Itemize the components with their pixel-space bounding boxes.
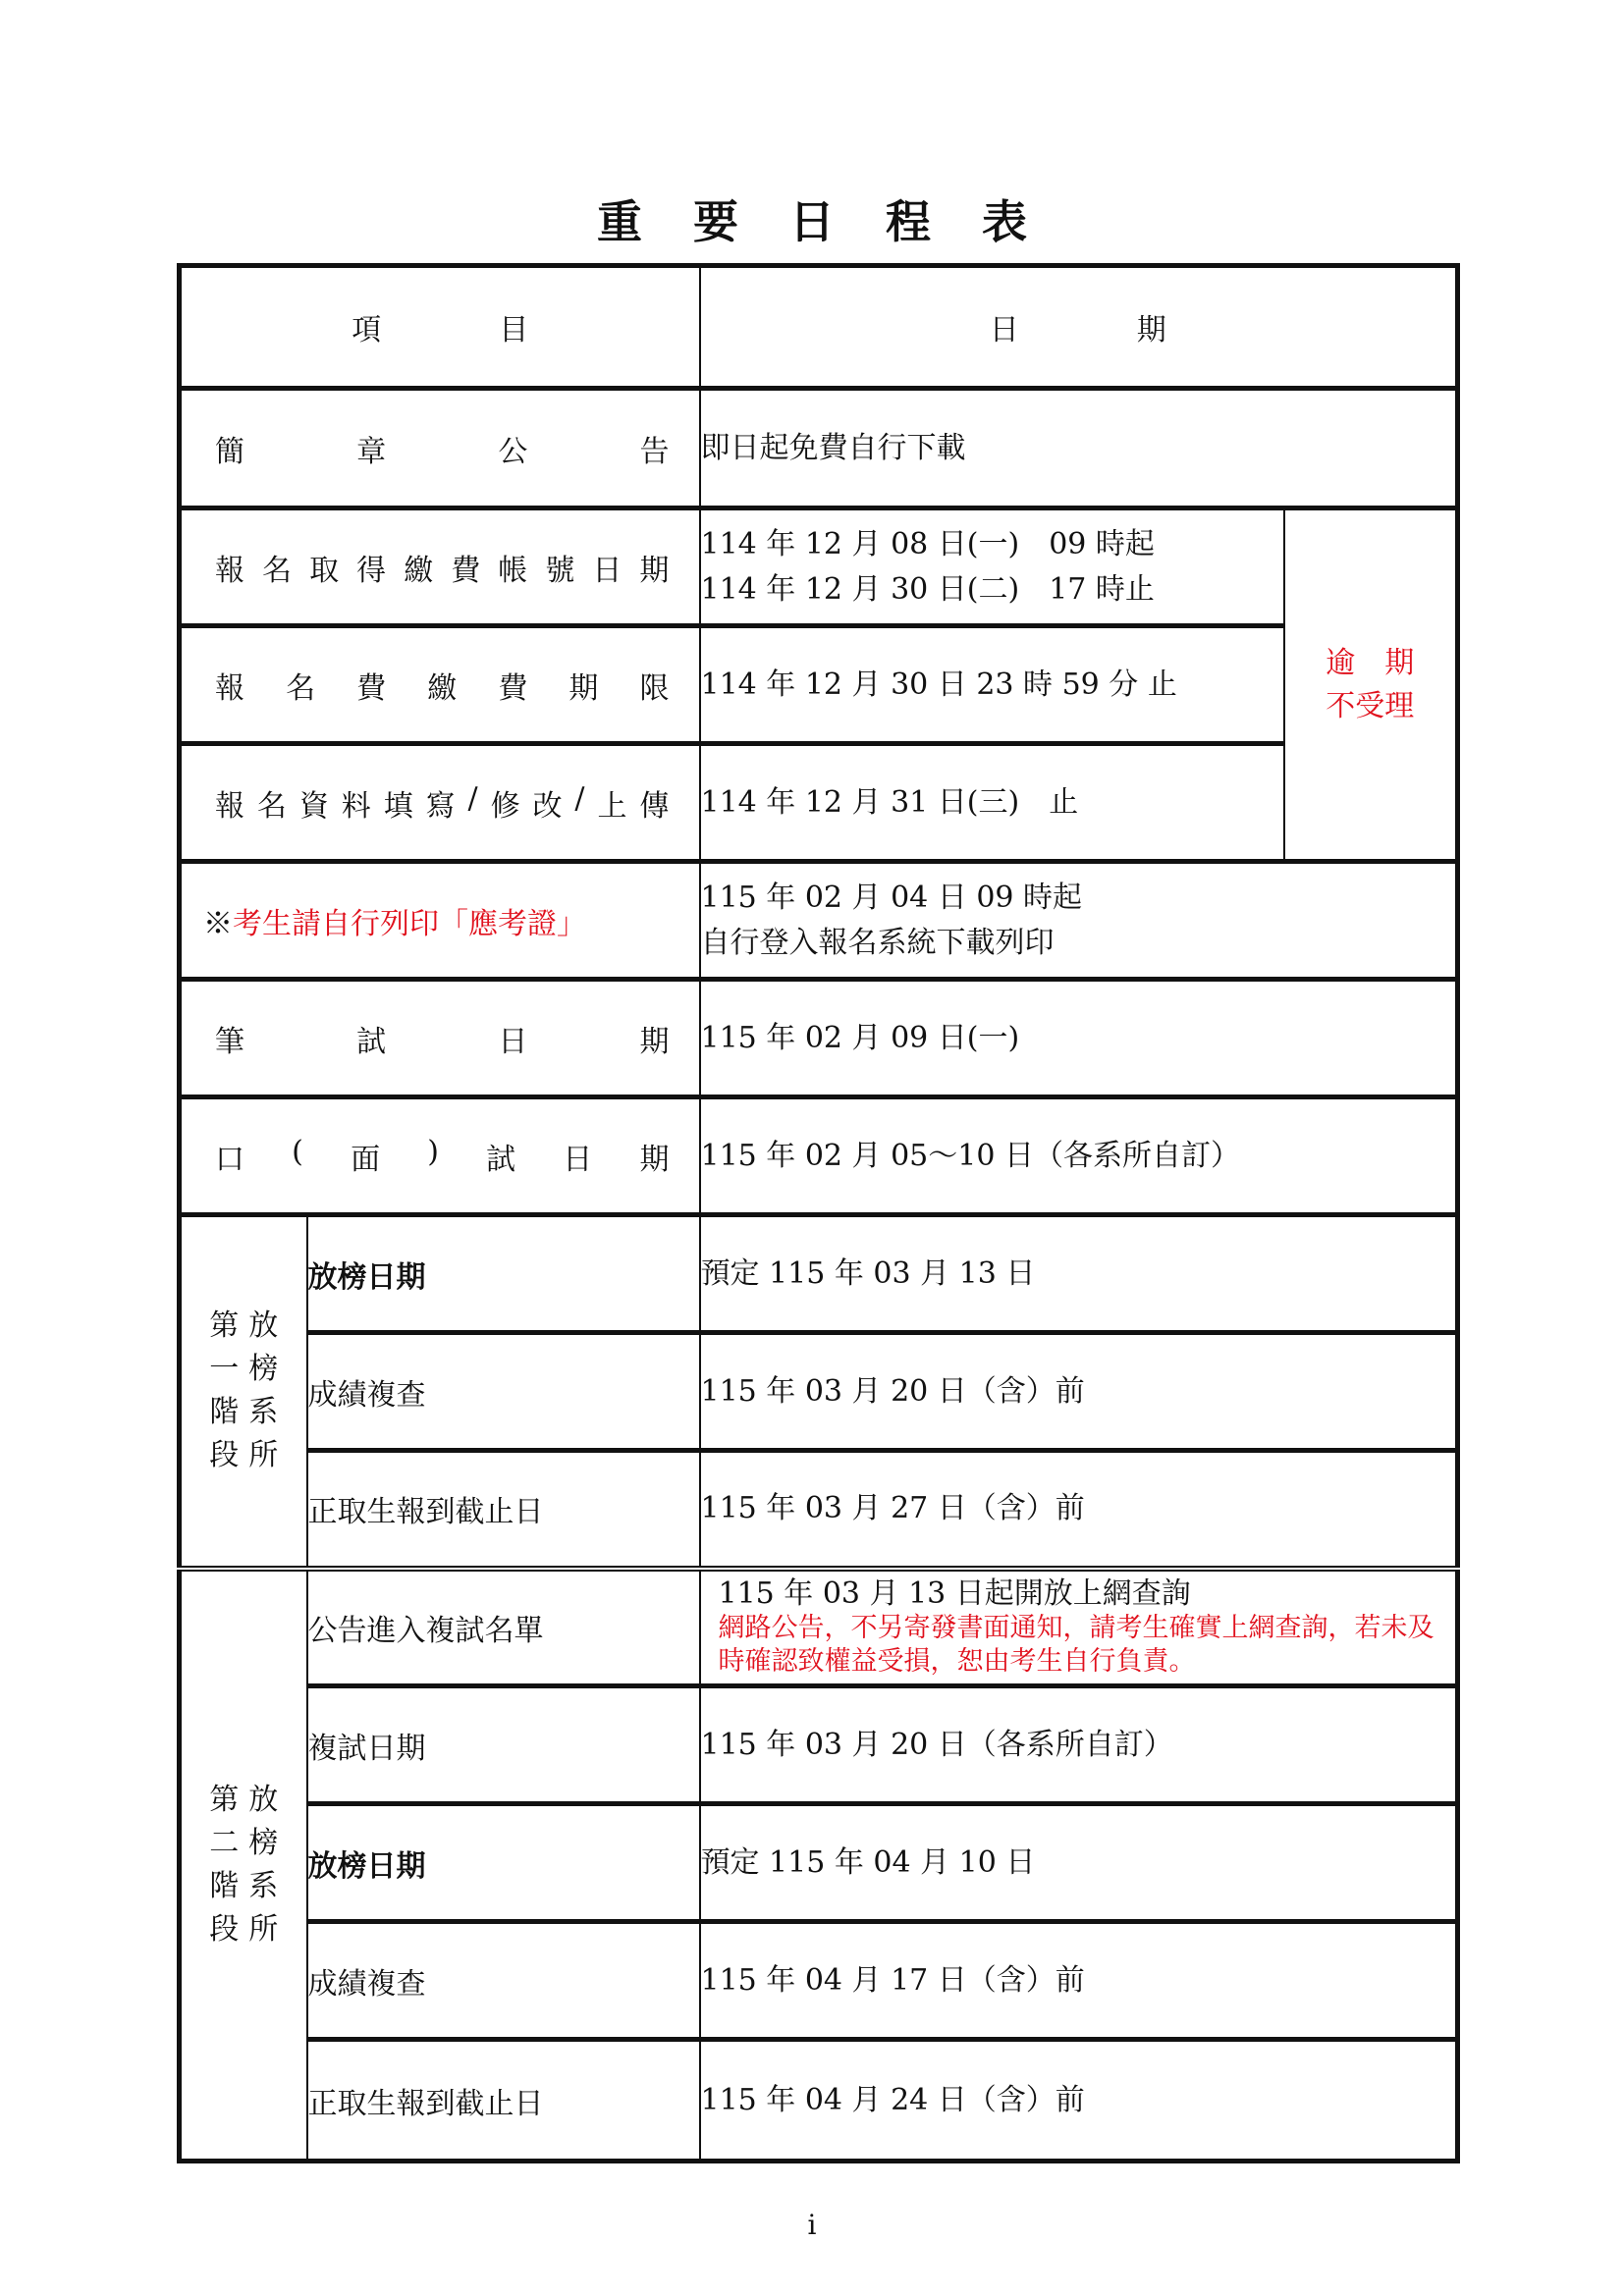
table-header-row: 項 目 日 期 <box>180 266 1458 389</box>
group-char: 階 <box>209 1391 239 1434</box>
stage2-row: 第二階段放榜系所 公告進入複試名單 115 年 03 月 13 日起開放上網查詢… <box>180 1569 1458 1686</box>
label-char: 名 <box>257 781 287 825</box>
label-char: 填 <box>384 781 413 825</box>
online-notice: 網路公告，不另寄發書面通知，請考生確實上網查詢，若未及時確認致權益受損，恕由考生… <box>719 1612 1456 1679</box>
label-char: 料 <box>342 781 371 825</box>
label-char: 告 <box>639 427 669 470</box>
label-char: 章 <box>356 427 386 470</box>
value-line: 115 年 02 月 04 日 09 時起 <box>701 876 1456 921</box>
label-char: 傳 <box>639 781 669 825</box>
group-char: 系 <box>248 1865 278 1908</box>
page-title: 重要日程表 <box>0 187 1624 251</box>
header-item-label: 項 目 <box>352 305 528 348</box>
table-row: 簡章公告 即日起免費自行下載 <box>180 389 1458 508</box>
table-row: 口(面)試日期 115 年 02 月 05～10 日（各系所自訂） <box>180 1097 1458 1215</box>
label-char: 期 <box>568 664 598 707</box>
page-number: i <box>0 2209 1624 2241</box>
stage2-value: 115 年 03 月 13 日起開放上網查詢 網路公告，不另寄發書面通知，請考生… <box>700 1569 1458 1686</box>
value-line: 自行登入報名系統下載列印 <box>701 921 1456 966</box>
value-line: 115 年 03 月 13 日起開放上網查詢 <box>719 1576 1456 1612</box>
overdue-line: 逾 期 <box>1285 642 1456 685</box>
row-value: 115 年 02 月 04 日 09 時起 自行登入報名系統下載列印 <box>700 862 1458 980</box>
group-char: 榜 <box>248 1348 278 1391</box>
stage2-label: 複試日期 <box>307 1686 700 1804</box>
stage2-row: 複試日期 115 年 03 月 20 日（各系所自訂） <box>180 1686 1458 1804</box>
group-char: 階 <box>209 1865 239 1908</box>
stage2-label: 正取生報到截止日 <box>307 2040 700 2162</box>
admission-ticket-note: 考生請自行列印「應考證」 <box>233 907 586 941</box>
label-char: 費 <box>356 664 386 707</box>
stage1-group-label: 第一階段放榜系所 <box>180 1215 307 1569</box>
label-char: 日 <box>498 1017 527 1060</box>
label-char: 日 <box>563 1135 592 1178</box>
row-label: 簡章公告 <box>180 389 700 508</box>
label-char: 費 <box>498 664 527 707</box>
label-char: 期 <box>639 546 669 589</box>
label-char: 得 <box>356 546 386 589</box>
table-row: ※考生請自行列印「應考證」 115 年 02 月 04 日 09 時起 自行登入… <box>180 862 1458 980</box>
row-label: 口(面)試日期 <box>180 1097 700 1215</box>
group-char: 二 <box>209 1822 239 1865</box>
label-char: 寫 <box>426 781 456 825</box>
stage2-label: 放榜日期 <box>307 1804 700 1922</box>
label-char: / <box>574 781 584 825</box>
stage1-label: 成績複查 <box>307 1333 700 1451</box>
stage1-value: 115 年 03 月 27 日（含）前 <box>700 1451 1458 1569</box>
row-label: ※考生請自行列印「應考證」 <box>180 862 700 980</box>
row-label: 報名資料填寫/修改/上傳 <box>180 744 700 862</box>
label-char: ( <box>292 1135 303 1178</box>
stage2-value: 115 年 04 月 24 日（含）前 <box>700 2040 1458 2162</box>
group-char: 所 <box>248 1908 278 1951</box>
label-char: 修 <box>491 781 520 825</box>
header-date-label: 日 期 <box>990 305 1166 348</box>
header-date: 日 期 <box>700 266 1458 389</box>
label-char: 帳 <box>498 546 527 589</box>
label-char: 口 <box>215 1135 244 1178</box>
label-char: 繳 <box>427 664 457 707</box>
schedule-table: 項 目 日 期 簡章公告 即日起免費自行下載 報名取得繳費帳號日期 114 年 … <box>177 263 1460 2163</box>
group-char: 一 <box>209 1348 239 1391</box>
label-char: 報 <box>215 546 244 589</box>
stage2-label: 公告進入複試名單 <box>307 1569 700 1686</box>
overdue-line: 不受理 <box>1285 685 1456 728</box>
group-char: 所 <box>248 1434 278 1477</box>
table-row: 筆試日期 115 年 02 月 09 日(一) <box>180 980 1458 1097</box>
label-char: 名 <box>286 664 315 707</box>
label-char: 日 <box>592 546 622 589</box>
row-label: 報名費繳費期限 <box>180 626 700 744</box>
label-char: / <box>468 781 478 825</box>
group-char: 第 <box>209 1305 239 1348</box>
label-char: ) <box>427 1135 439 1178</box>
stage2-value: 115 年 04 月 17 日（含）前 <box>700 1922 1458 2040</box>
group-char: 段 <box>209 1434 239 1477</box>
label-char: 試 <box>486 1135 515 1178</box>
group-char: 系 <box>248 1391 278 1434</box>
label-char: 資 <box>299 781 329 825</box>
stage2-value: 預定 115 年 04 月 10 日 <box>700 1804 1458 1922</box>
label-char: 報 <box>215 664 244 707</box>
label-char: 改 <box>532 781 562 825</box>
stage1-label: 正取生報到截止日 <box>307 1451 700 1569</box>
stage2-row: 放榜日期 預定 115 年 04 月 10 日 <box>180 1804 1458 1922</box>
stage1-row: 成績複查 115 年 03 月 20 日（含）前 <box>180 1333 1458 1451</box>
value-line: 114 年 12 月 08 日(一) 09 時起 <box>701 522 1283 567</box>
label-char: 公 <box>498 427 527 470</box>
row-label: 報名取得繳費帳號日期 <box>180 508 700 626</box>
stage1-value: 115 年 03 月 20 日（含）前 <box>700 1333 1458 1451</box>
label-char: 試 <box>356 1017 386 1060</box>
row-value: 115 年 02 月 09 日(一) <box>700 980 1458 1097</box>
table-row: 報名費繳費期限 114 年 12 月 30 日 23 時 59 分 止 <box>180 626 1458 744</box>
table-row: 報名取得繳費帳號日期 114 年 12 月 08 日(一) 09 時起 114 … <box>180 508 1458 626</box>
header-item: 項 目 <box>180 266 700 389</box>
overdue-note: 逾 期 不受理 <box>1284 508 1458 862</box>
label-char: 簡 <box>215 427 244 470</box>
row-value: 114 年 12 月 08 日(一) 09 時起 114 年 12 月 30 日… <box>700 508 1284 626</box>
group-char: 放 <box>248 1305 278 1348</box>
stage2-row: 成績複查 115 年 04 月 17 日（含）前 <box>180 1922 1458 2040</box>
group-char: 放 <box>248 1779 278 1822</box>
stage2-row: 正取生報到截止日 115 年 04 月 24 日（含）前 <box>180 2040 1458 2162</box>
label-char: 期 <box>639 1135 669 1178</box>
row-value: 即日起免費自行下載 <box>700 389 1458 508</box>
note-mark: ※ <box>203 907 233 941</box>
row-value: 115 年 02 月 05～10 日（各系所自訂） <box>700 1097 1458 1215</box>
label-char: 取 <box>309 546 339 589</box>
stage2-group-label: 第二階段放榜系所 <box>180 1569 307 2162</box>
label-char: 上 <box>597 781 626 825</box>
label-char: 期 <box>639 1017 669 1060</box>
value-line: 114 年 12 月 30 日(二) 17 時止 <box>701 567 1283 613</box>
stage1-row: 正取生報到截止日 115 年 03 月 27 日（含）前 <box>180 1451 1458 1569</box>
label-char: 號 <box>545 546 574 589</box>
label-char: 名 <box>262 546 292 589</box>
table-row: 報名資料填寫/修改/上傳 114 年 12 月 31 日(三) 止 <box>180 744 1458 862</box>
group-char: 段 <box>209 1908 239 1951</box>
row-label: 筆試日期 <box>180 980 700 1097</box>
label-char: 費 <box>451 546 480 589</box>
row-value: 114 年 12 月 30 日 23 時 59 分 止 <box>700 626 1284 744</box>
label-char: 限 <box>639 664 669 707</box>
label-char: 筆 <box>215 1017 244 1060</box>
stage1-row: 第一階段放榜系所 放榜日期 預定 115 年 03 月 13 日 <box>180 1215 1458 1333</box>
label-char: 繳 <box>404 546 433 589</box>
label-char: 面 <box>351 1135 380 1178</box>
stage2-value: 115 年 03 月 20 日（各系所自訂） <box>700 1686 1458 1804</box>
stage1-label: 放榜日期 <box>307 1215 700 1333</box>
group-char: 第 <box>209 1779 239 1822</box>
row-value: 114 年 12 月 31 日(三) 止 <box>700 744 1284 862</box>
group-char: 榜 <box>248 1822 278 1865</box>
label-char: 報 <box>215 781 244 825</box>
stage1-value: 預定 115 年 03 月 13 日 <box>700 1215 1458 1333</box>
stage2-label: 成績複查 <box>307 1922 700 2040</box>
